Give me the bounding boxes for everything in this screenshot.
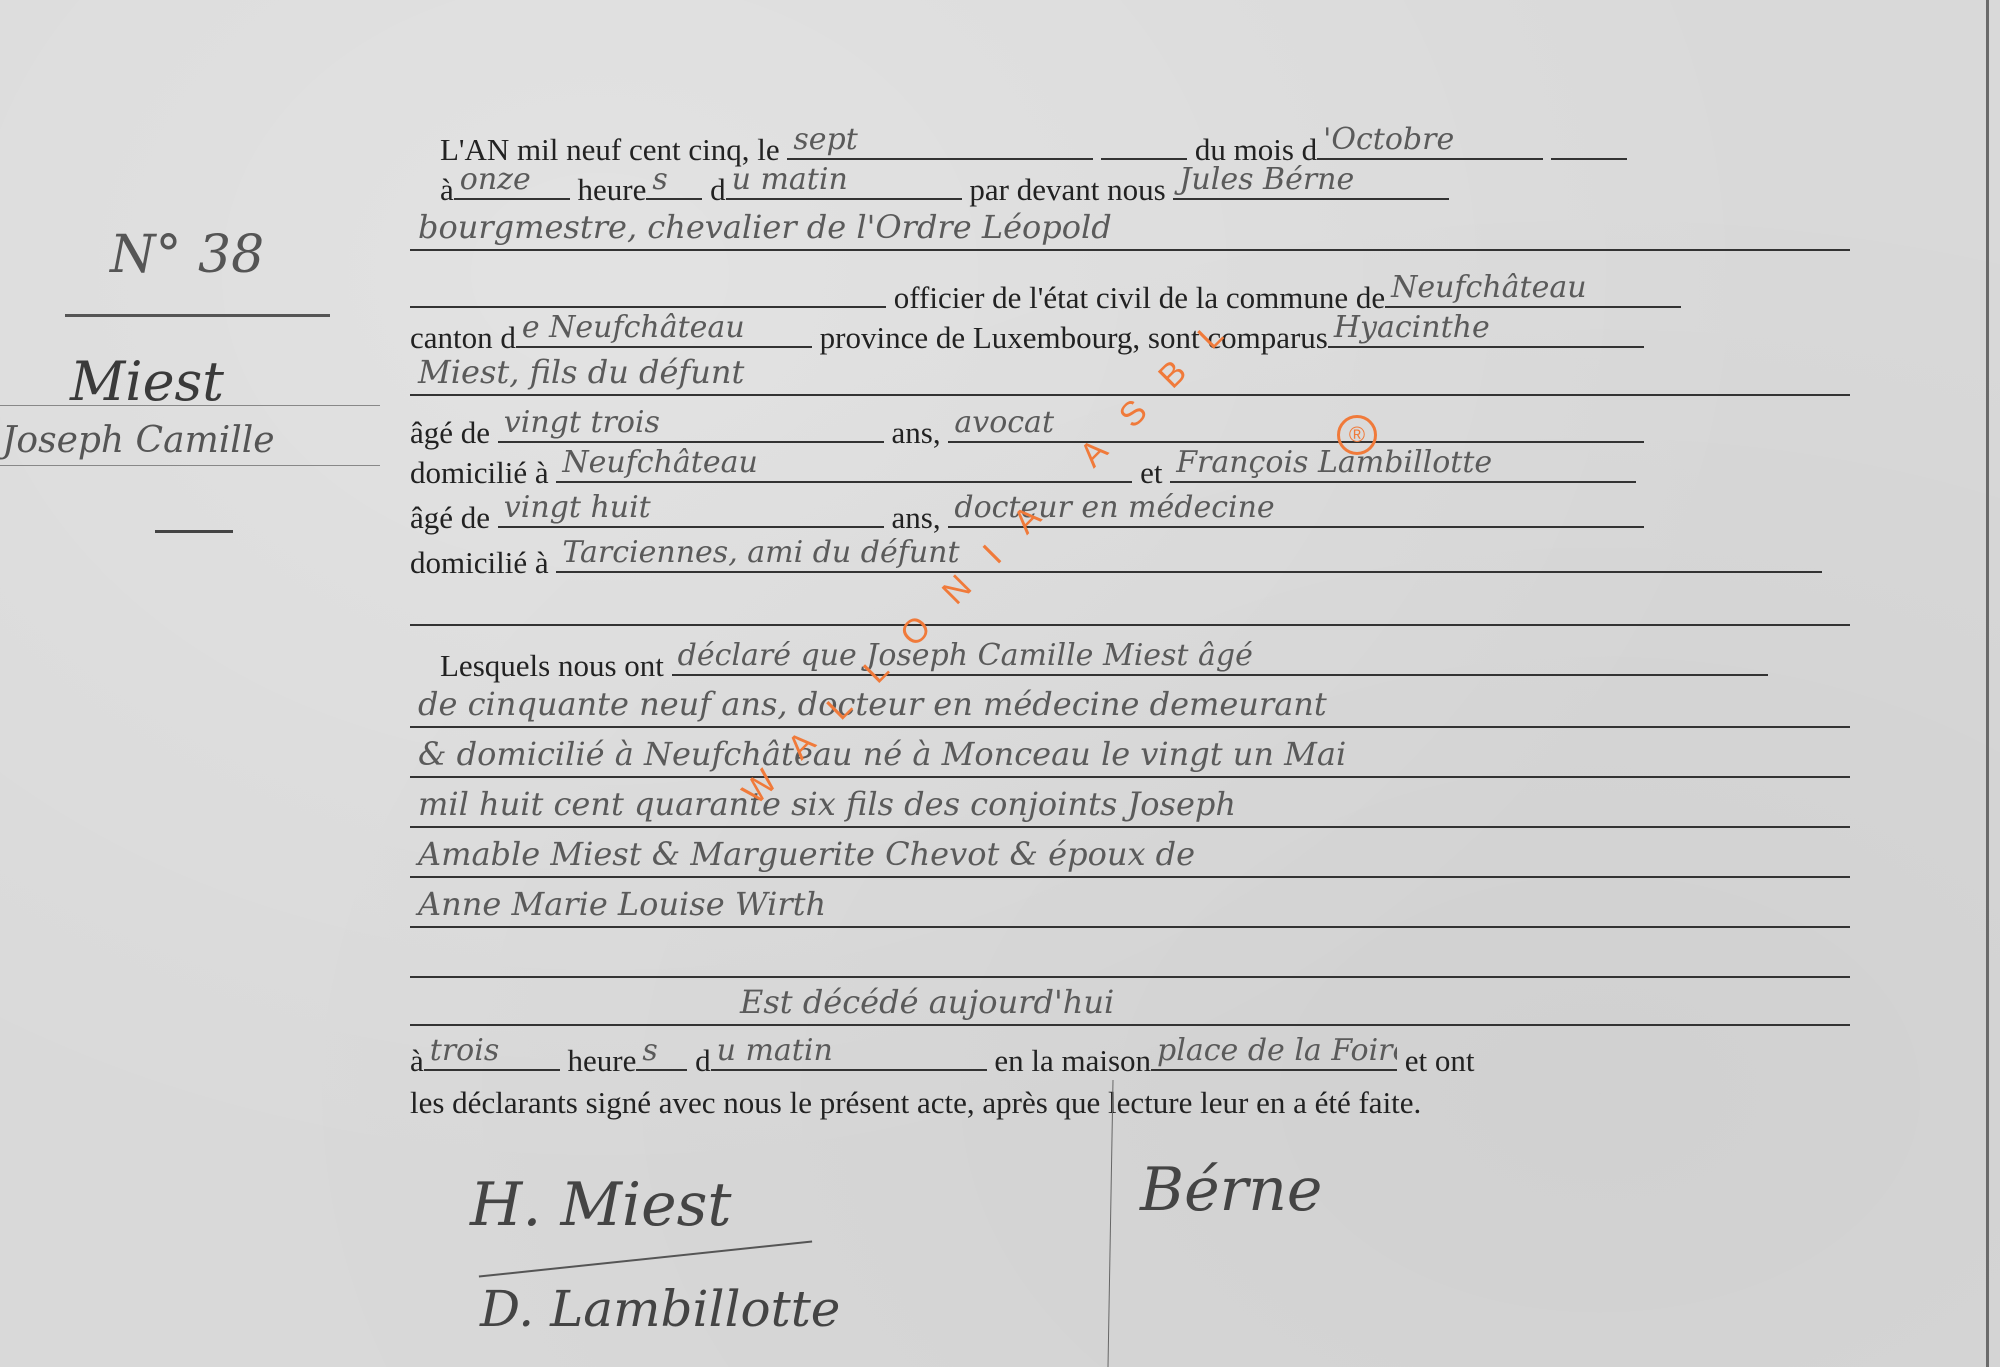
signature-declarant2: D. Lambillotte bbox=[480, 1280, 840, 1338]
printed-text: âgé de bbox=[410, 500, 490, 535]
guide-line bbox=[0, 405, 380, 406]
printed-text: et ont bbox=[1405, 1043, 1475, 1078]
printed-text: domicilié à bbox=[410, 455, 549, 490]
printed-text: d bbox=[695, 1043, 711, 1078]
plural-field: s bbox=[646, 162, 702, 200]
printed-text: par devant nous bbox=[969, 172, 1165, 207]
printed-text: ans, bbox=[892, 500, 941, 535]
signature-declarant1: H. Miest bbox=[470, 1170, 732, 1240]
commune-field: Neufchâteau bbox=[1385, 270, 1681, 308]
death-period-field: u matin bbox=[711, 1033, 987, 1071]
month-field: 'Octobre bbox=[1317, 122, 1543, 160]
form-line-death-time: àtrois heures du matin en la maisonplace… bbox=[410, 1033, 1880, 1083]
canton-field: e Neufchâteau bbox=[516, 310, 812, 348]
blank-line bbox=[410, 580, 1850, 626]
day-field: sept bbox=[787, 122, 1093, 160]
hour-field: onze bbox=[454, 162, 570, 200]
blank bbox=[1551, 122, 1627, 160]
printed-text: à bbox=[410, 1043, 424, 1078]
declarant2-age-field: vingt huit bbox=[498, 490, 884, 528]
printed-text: d bbox=[710, 172, 726, 207]
declarant1-occupation-field: avocat bbox=[948, 405, 1644, 443]
declarant2-name-field: François Lambillotte bbox=[1170, 445, 1636, 483]
death-place-field: place de la Foire bbox=[1151, 1033, 1397, 1071]
death-statement-line: Est décédé aujourd'hui bbox=[410, 980, 1850, 1026]
left-margin: N° 38 Miest Joseph Camille bbox=[0, 0, 380, 1367]
printed-text: heure bbox=[578, 172, 647, 207]
signature-underline bbox=[479, 1240, 812, 1277]
divider bbox=[155, 530, 233, 533]
printed-text: domicilié à bbox=[410, 545, 549, 580]
margin-surname: Miest bbox=[70, 350, 224, 413]
form-line-domicile2: domicilié à Tarciennes, ami du défunt bbox=[410, 535, 1880, 585]
declarant1-age-field: vingt trois bbox=[498, 405, 884, 443]
form-line-age2: âgé de vingt huit ans, docteur en médeci… bbox=[410, 490, 1880, 540]
guide-line bbox=[0, 465, 380, 466]
printed-text: Lesquels nous ont bbox=[440, 648, 664, 683]
plural-field: s bbox=[636, 1033, 687, 1071]
blank bbox=[1101, 122, 1187, 160]
printed-text: et bbox=[1140, 455, 1162, 490]
printed-text: les déclarants signé avec nous le présen… bbox=[410, 1085, 1421, 1120]
divider bbox=[65, 314, 330, 317]
declaration-line: & domicilié à Neufchâteau né à Monceau l… bbox=[410, 732, 1850, 778]
form-line-domicile1: domicilié à Neufchâteau et François Lamb… bbox=[410, 445, 1880, 495]
blank bbox=[410, 270, 886, 308]
officer-title-field: bourgmestre, chevalier de l'Ordre Léopol… bbox=[410, 205, 1850, 251]
death-hour-field: trois bbox=[424, 1033, 560, 1071]
form-line-closing: les déclarants signé avec nous le présen… bbox=[410, 1078, 1880, 1128]
registered-mark-icon: ® bbox=[1337, 415, 1377, 455]
printed-text: heure bbox=[568, 1043, 637, 1078]
declaration-line: mil huit cent quarante six fils des conj… bbox=[410, 782, 1850, 828]
printed-text: à bbox=[440, 172, 454, 207]
declaration-line: Anne Marie Louise Wirth bbox=[410, 882, 1850, 928]
page-edge bbox=[1986, 0, 1989, 1367]
declarant1-name-field: Hyacinthe bbox=[1328, 310, 1644, 348]
form-line-declaration: Lesquels nous ont déclaré que Joseph Cam… bbox=[440, 638, 1880, 688]
declaration-line: Amable Miest & Marguerite Chevot & époux… bbox=[410, 832, 1850, 878]
act-number: N° 38 bbox=[110, 225, 264, 285]
margin-given-names: Joseph Camille bbox=[2, 420, 275, 461]
officer-name-field: Jules Bérne bbox=[1173, 162, 1449, 200]
signature-officer: Bérne bbox=[1140, 1155, 1322, 1225]
printed-text: en la maison bbox=[994, 1043, 1151, 1078]
declarant2-domicile-field: Tarciennes, ami du défunt bbox=[556, 535, 1822, 573]
declaration-line: de cinquante neuf ans, docteur en médeci… bbox=[410, 682, 1850, 728]
deceased-field: déclaré que Joseph Camille Miest âgé bbox=[672, 638, 1768, 676]
period-field: u matin bbox=[726, 162, 962, 200]
blank-line bbox=[410, 932, 1850, 978]
